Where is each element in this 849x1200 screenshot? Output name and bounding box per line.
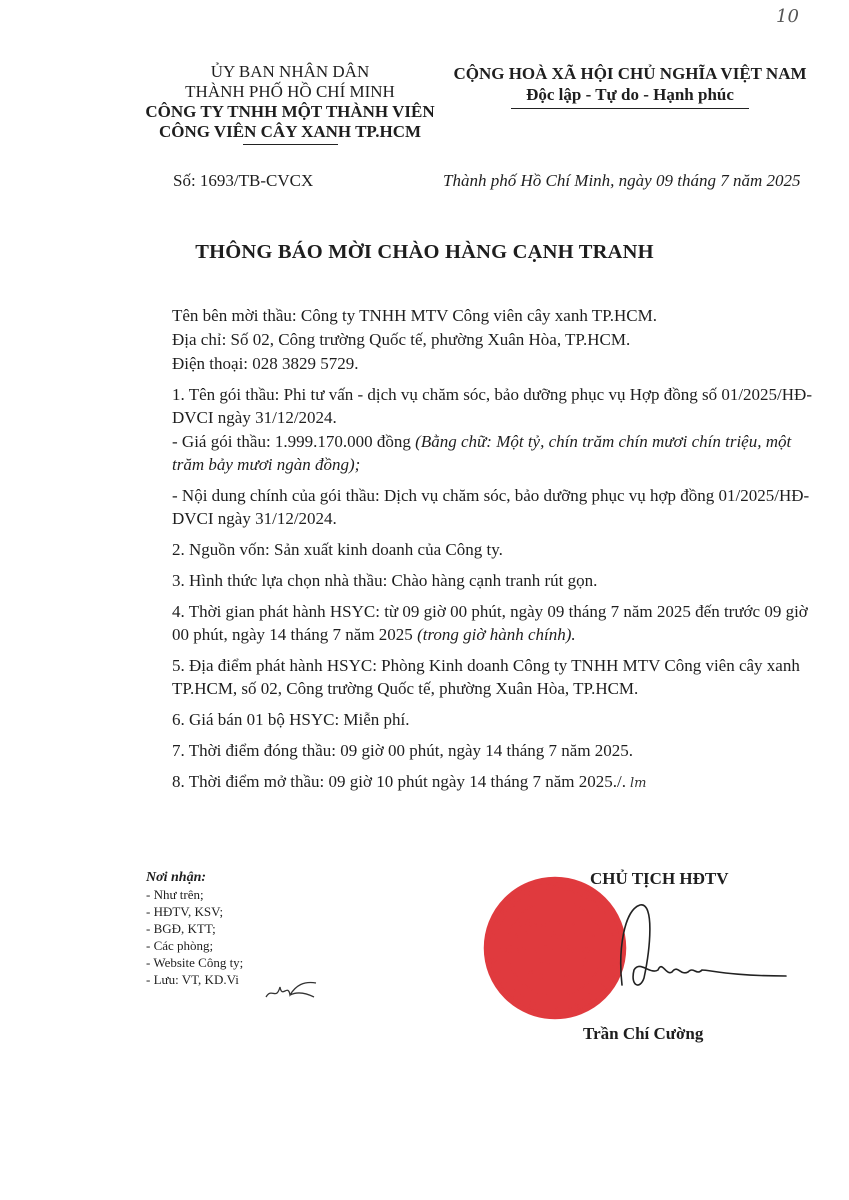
signer-title: CHỦ TỊCH HĐTV: [590, 869, 729, 889]
item-7-closing-time: 7. Thời điểm đóng thầu: 09 giờ 00 phút, …: [172, 739, 812, 762]
recipients-label: Nơi nhận:: [146, 869, 243, 886]
national-motto: Độc lập - Tự do - Hạnh phúc: [420, 84, 840, 105]
item-5-issue-location: 5. Địa điểm phát hành HSYC: Phòng Kinh d…: [172, 654, 812, 700]
document-number: Số: 1693/TB-CVCX: [173, 171, 313, 191]
handwritten-initial: lm: [630, 776, 647, 791]
svg-text:CÔNG TY TNHH: CÔNG TY TNHH: [519, 918, 592, 930]
document-date: Thành phố Hồ Chí Minh, ngày 09 tháng 7 n…: [443, 171, 800, 191]
item-8-text: 8. Thời điểm mở thầu: 09 giờ 10 phút ngà…: [172, 772, 626, 791]
header-left-underline: [243, 144, 338, 145]
recipient-item: - Như trên;: [146, 886, 243, 903]
item-1-package-name: 1. Tên gói thầu: Phi tư vấn - dịch vụ ch…: [172, 383, 812, 429]
recipients-list: Nơi nhận: - Như trên; - HĐTV, KSV; - BGĐ…: [146, 869, 243, 988]
national-name: CỘNG HOÀ XÃ HỘI CHỦ NGHĨA VIỆT NAM: [420, 63, 840, 84]
item-4-issue-time: 4. Thời gian phát hành HSYC: từ 09 giờ 0…: [172, 600, 812, 646]
recipient-item: - Website Công ty;: [146, 954, 243, 971]
recipient-item: - HĐTV, KSV;: [146, 903, 243, 920]
inviter-line: Tên bên mời thầu: Công ty TNHH MTV Công …: [172, 304, 812, 327]
svg-text:MỘT THÀNH VIÊN: MỘT THÀNH VIÊN: [513, 930, 597, 942]
header-right-underline: [511, 108, 749, 109]
national-motto-header: CỘNG HOÀ XÃ HỘI CHỦ NGHĨA VIỆT NAM Độc l…: [420, 63, 840, 109]
package-price: - Giá gói thầu: 1.999.170.000 đồng (Bằng…: [172, 430, 812, 476]
signer-name: Trần Chí Cường: [583, 1024, 703, 1044]
item-4-note: (trong giờ hành chính).: [417, 625, 576, 644]
item-8-opening-time: 8. Thời điểm mở thầu: 09 giờ 10 phút ngà…: [172, 770, 812, 795]
recipient-item: - BGĐ, KTT;: [146, 920, 243, 937]
recipient-item: - Các phòng;: [146, 937, 243, 954]
page-number-mark: 10: [776, 6, 799, 27]
address-line: Địa chỉ: Số 02, Công trường Quốc tế, phư…: [172, 328, 812, 351]
phone-line: Điện thoại: 028 3829 5729.: [172, 352, 812, 375]
handwritten-signature-icon: [600, 890, 790, 1000]
svg-text:CÔNG VIÊN CÂY XANH: CÔNG VIÊN CÂY XANH: [500, 944, 611, 956]
item-6-price: 6. Giá bán 01 bộ HSYC: Miễn phí.: [172, 708, 812, 731]
package-price-value: - Giá gói thầu: 1.999.170.000 đồng: [172, 432, 415, 451]
initial-signature-icon: [262, 975, 322, 1005]
item-3-selection-method: 3. Hình thức lựa chọn nhà thầu: Chào hàn…: [172, 569, 812, 592]
package-content: - Nội dung chính của gói thầu: Dịch vụ c…: [172, 484, 812, 530]
recipient-item: - Lưu: VT, KD.Vi: [146, 971, 243, 988]
item-2-funding: 2. Nguồn vốn: Sản xuất kinh doanh của Cô…: [172, 538, 812, 561]
company-name-line-2: CÔNG VIÊN CÂY XANH TP.HCM: [100, 122, 480, 142]
document-title: THÔNG BÁO MỜI CHÀO HÀNG CẠNH TRANH: [0, 241, 849, 264]
document-body: Tên bên mời thầu: Công ty TNHH MTV Công …: [172, 304, 812, 803]
